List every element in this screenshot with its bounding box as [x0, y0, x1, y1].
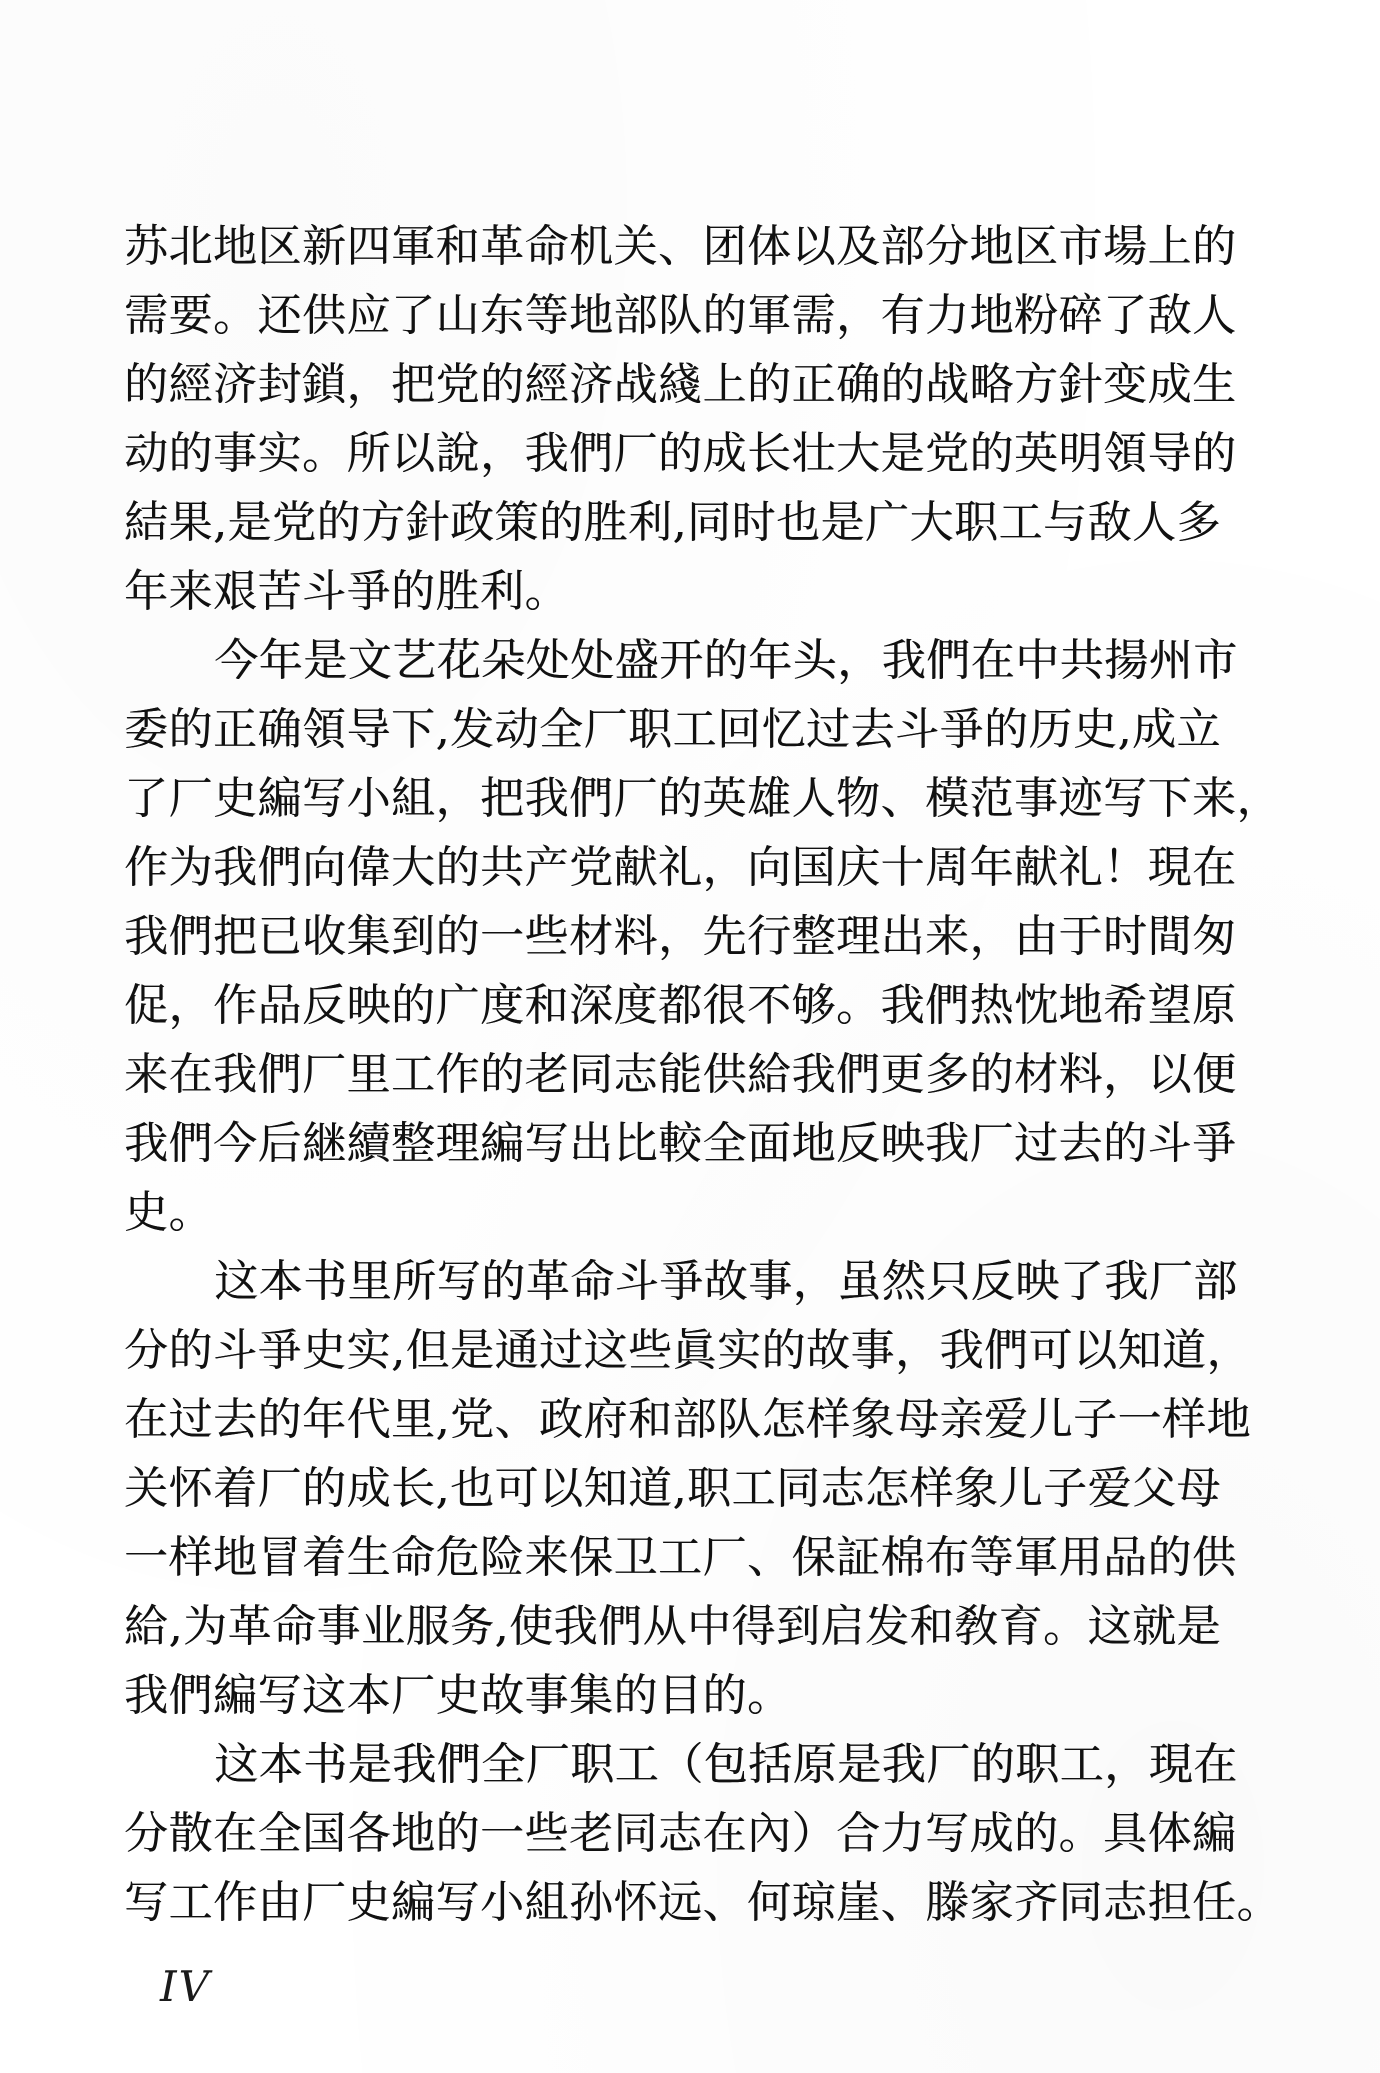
- text-line: 这本书里所写的革命斗爭故事，虽然只反映了我厂部: [124, 1247, 1240, 1316]
- page-number: IV: [160, 1962, 211, 2011]
- book-page: 苏北地区新四軍和革命机关、团体以及部分地区市場上的需要。还供应了山东等地部队的軍…: [0, 0, 1380, 2073]
- text-line: 給,为革命事业服务,使我們从中得到启发和敎育。这就是: [124, 1592, 1240, 1661]
- text-line: 作为我們向偉大的共产党献礼，向国庆十周年献礼！現在: [124, 833, 1240, 902]
- text-line: 年来艰苦斗爭的胜利。: [124, 557, 1240, 626]
- text-line: 动的事实。所以說，我們厂的成长壮大是党的英明領导的: [124, 419, 1240, 488]
- text-line: 促，作品反映的广度和深度都很不够。我們热忱地希望原: [124, 971, 1240, 1040]
- text-line: 了厂史編写小組，把我們厂的英雄人物、模范事迹写下来，: [124, 764, 1240, 833]
- text-line: 写工作由厂史編写小組孙怀远、何琼崖、滕家齐同志担任。: [124, 1868, 1240, 1937]
- text-line: 分的斗爭史实,但是通过这些眞实的故事，我們可以知道，: [124, 1316, 1240, 1385]
- text-line: 这本书是我們全厂职工（包括原是我厂的职工，現在: [124, 1730, 1240, 1799]
- text-line: 来在我們厂里工作的老同志能供給我們更多的材料，以便: [124, 1040, 1240, 1109]
- text-line: 我們編写这本厂史故事集的目的。: [124, 1661, 1240, 1730]
- text-line: 在过去的年代里,党、政府和部队怎样象母亲爱儿子一样地: [124, 1385, 1240, 1454]
- text-line: 我們今后継續整理編写出比較全面地反映我厂过去的斗爭: [124, 1109, 1240, 1178]
- text-line: 今年是文艺花朵处处盛开的年头，我們在中共揚州市: [124, 626, 1240, 695]
- text-line: 一样地冒着生命危险来保卫工厂、保証棉布等軍用品的供: [124, 1523, 1240, 1592]
- paragraph: 苏北地区新四軍和革命机关、团体以及部分地区市場上的需要。还供应了山东等地部队的軍…: [124, 212, 1240, 626]
- paragraph: 这本书是我們全厂职工（包括原是我厂的职工，現在分散在全国各地的一些老同志在內）合…: [124, 1730, 1240, 1937]
- text-line: 需要。还供应了山东等地部队的軍需，有力地粉碎了敌人: [124, 281, 1240, 350]
- text-line: 苏北地区新四軍和革命机关、团体以及部分地区市場上的: [124, 212, 1240, 281]
- text-line: 史。: [124, 1178, 1240, 1247]
- text-line: 分散在全国各地的一些老同志在內）合力写成的。具体編: [124, 1799, 1240, 1868]
- text-line: 委的正确領导下,发动全厂职工回忆过去斗爭的历史,成立: [124, 695, 1240, 764]
- document-text: 苏北地区新四軍和革命机关、团体以及部分地区市場上的需要。还供应了山东等地部队的軍…: [124, 212, 1240, 1937]
- paragraph: 今年是文艺花朵处处盛开的年头，我們在中共揚州市委的正确領导下,发动全厂职工回忆过…: [124, 626, 1240, 1247]
- text-line: 关怀着厂的成长,也可以知道,职工同志怎样象儿子爱父母: [124, 1454, 1240, 1523]
- text-line: 的經济封鎖，把党的經济战綫上的正确的战略方針变成生: [124, 350, 1240, 419]
- paragraph: 这本书里所写的革命斗爭故事，虽然只反映了我厂部分的斗爭史实,但是通过这些眞实的故…: [124, 1247, 1240, 1730]
- text-line: 我們把已收集到的一些材料，先行整理出来，由于时間匆: [124, 902, 1240, 971]
- text-line: 結果,是党的方針政策的胜利,同时也是广大职工与敌人多: [124, 488, 1240, 557]
